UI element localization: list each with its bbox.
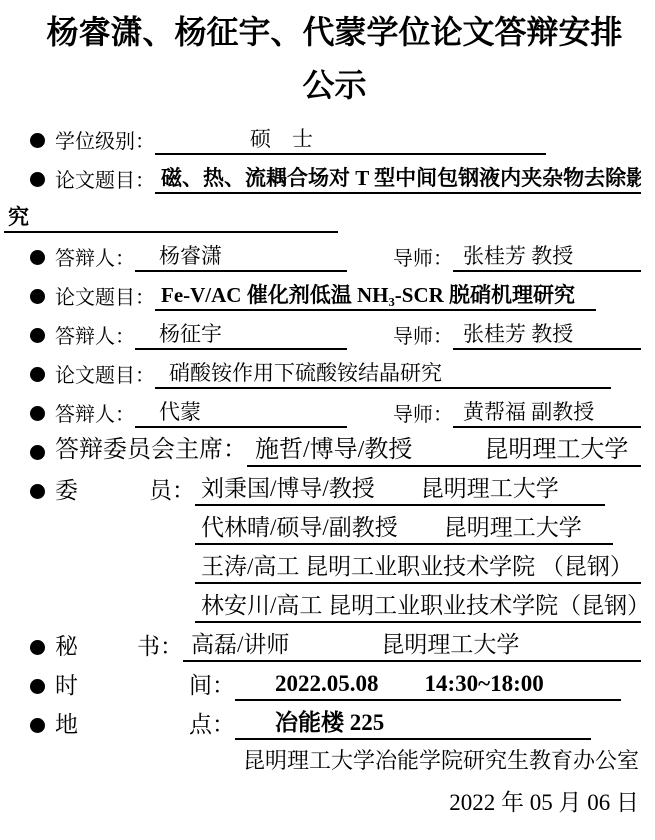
committee-member-3: 王涛/高工 昆明工业职业技术学院 （昆钢） xyxy=(195,553,641,584)
page-title-line1: 杨睿潇、杨征宇、代蒙学位论文答辩安排 xyxy=(28,6,641,59)
place-label-right: 点： xyxy=(189,710,235,740)
secretary-row: 秘 书： 高磊/讲师 昆明理工大学 xyxy=(28,623,641,662)
issuing-office: 昆明理工大学冶能学院研究生教育办公室 xyxy=(28,740,641,782)
thesis1-title-row: 论文题目： 磁、热、流耦合场对 T 型中间包钢液内夹杂物去除影响研 xyxy=(28,155,641,194)
degree-row: 学位级别： 硕 士 xyxy=(28,116,641,155)
committee-member-2: 代林晴/硕导/副教授 昆明理工大学 xyxy=(195,514,613,545)
degree-value: 硕 士 xyxy=(155,126,546,154)
thesis3-title: 硝酸铵作用下硫酸铵结晶研究 xyxy=(155,360,611,388)
defender3-label: 答辩人： xyxy=(55,402,135,428)
committee-members-row-2: 代林晴/硕导/副教授 昆明理工大学 xyxy=(28,506,641,545)
committee-members-row-4: 林安川/高工 昆明工业职业技术学院（昆钢） xyxy=(28,584,641,623)
thesis3-label: 论文题目： xyxy=(55,363,155,389)
defender2-name: 杨征宇 xyxy=(135,321,347,349)
time-row: 时 间： 2022.05.08 14:30~18:00 xyxy=(28,662,641,701)
bullet-icon xyxy=(30,328,45,343)
bullet-icon xyxy=(30,406,45,421)
secretary-value: 高磊/讲师 昆明理工大学 xyxy=(183,631,641,662)
secretary-label-left: 秘 xyxy=(55,632,78,662)
defender1-name: 杨睿潇 xyxy=(135,243,347,271)
time-label: 时 间： xyxy=(55,671,235,701)
bullet-icon xyxy=(30,133,45,148)
committee-member-4: 林安川/高工 昆明工业职业技术学院（昆钢） xyxy=(195,592,641,623)
secretary-label-right: 书： xyxy=(137,632,183,662)
advisor3-name: 黄帮福 副教授 xyxy=(453,399,641,427)
place-label-left: 地 xyxy=(55,710,78,740)
committee-members-row-1: 委 员： 刘秉国/博导/教授 昆明理工大学 xyxy=(28,467,641,506)
advisor1-name: 张桂芳 教授 xyxy=(453,243,641,271)
page-title: 杨睿潇、杨征宇、代蒙学位论文答辩安排 公示 xyxy=(28,6,641,112)
members-label-left: 委 xyxy=(55,476,78,506)
defender1-label: 答辩人： xyxy=(55,246,135,272)
advisor3-label: 导师： xyxy=(393,402,453,428)
secretary-label: 秘 书： xyxy=(55,632,183,662)
committee-members-row-3: 王涛/高工 昆明工业职业技术学院 （昆钢） xyxy=(28,545,641,584)
bullet-icon xyxy=(30,367,45,382)
bullet-icon xyxy=(30,172,45,187)
thesis3-title-row: 论文题目： 硝酸铵作用下硫酸铵结晶研究 xyxy=(28,350,641,389)
place-value: 冶能楼 225 xyxy=(235,709,591,740)
place-row: 地 点： 冶能楼 225 xyxy=(28,701,641,740)
advisor2-name: 张桂芳 教授 xyxy=(453,321,641,349)
announcement-document: 杨睿潇、杨征宇、代蒙学位论文答辩安排 公示 学位级别： 硕 士 论文题目： 磁、… xyxy=(0,0,655,840)
thesis2-title-row: 论文题目： Fe-V/AC 催化剂低温 NH₃-SCR 脱硝机理研究 xyxy=(28,272,641,311)
bullet-icon xyxy=(30,640,45,655)
thesis1-label: 论文题目： xyxy=(55,168,155,194)
thesis1-title-wrap: 究 xyxy=(4,204,338,232)
thesis1-title: 磁、热、流耦合场对 T 型中间包钢液内夹杂物去除影响研 xyxy=(155,165,641,193)
committee-chair-value: 施哲/博导/教授 昆明理工大学 xyxy=(247,435,641,467)
bullet-icon xyxy=(30,250,45,265)
bullet-icon xyxy=(30,484,45,499)
advisor2-label: 导师： xyxy=(393,324,453,350)
bullet-icon xyxy=(30,445,45,460)
bullet-icon xyxy=(30,289,45,304)
time-label-right: 间： xyxy=(189,671,235,701)
thesis2-label: 论文题目： xyxy=(55,285,155,311)
thesis1-title-wrap-row: 究 xyxy=(4,194,641,233)
defender1-row: 答辩人： 杨睿潇 导师： 张桂芳 教授 xyxy=(28,233,641,272)
bullet-icon xyxy=(30,718,45,733)
committee-chair-row: 答辩委员会主席： 施哲/博导/教授 昆明理工大学 xyxy=(28,428,641,467)
bullet-icon xyxy=(30,679,45,694)
time-label-left: 时 xyxy=(55,671,78,701)
degree-label: 学位级别： xyxy=(55,129,155,155)
members-label-right: 员： xyxy=(149,476,195,506)
time-value: 2022.05.08 14:30~18:00 xyxy=(235,670,621,701)
defender2-row: 答辩人： 杨征宇 导师： 张桂芳 教授 xyxy=(28,311,641,350)
defender3-row: 答辩人： 代蒙 导师： 黄帮福 副教授 xyxy=(28,389,641,428)
committee-members-label: 委 员： xyxy=(55,476,195,506)
defender2-label: 答辩人： xyxy=(55,324,135,350)
committee-member-1: 刘秉国/博导/教授 昆明理工大学 xyxy=(195,475,605,506)
advisor1-label: 导师： xyxy=(393,246,453,272)
page-title-line2: 公示 xyxy=(28,59,641,112)
thesis2-title: Fe-V/AC 催化剂低温 NH₃-SCR 脱硝机理研究 xyxy=(155,282,596,310)
defender3-name: 代蒙 xyxy=(135,399,347,427)
issue-date: 2022 年 05 月 06 日 xyxy=(28,782,641,824)
place-label: 地 点： xyxy=(55,710,235,740)
committee-chair-label: 答辩委员会主席： xyxy=(55,435,247,466)
